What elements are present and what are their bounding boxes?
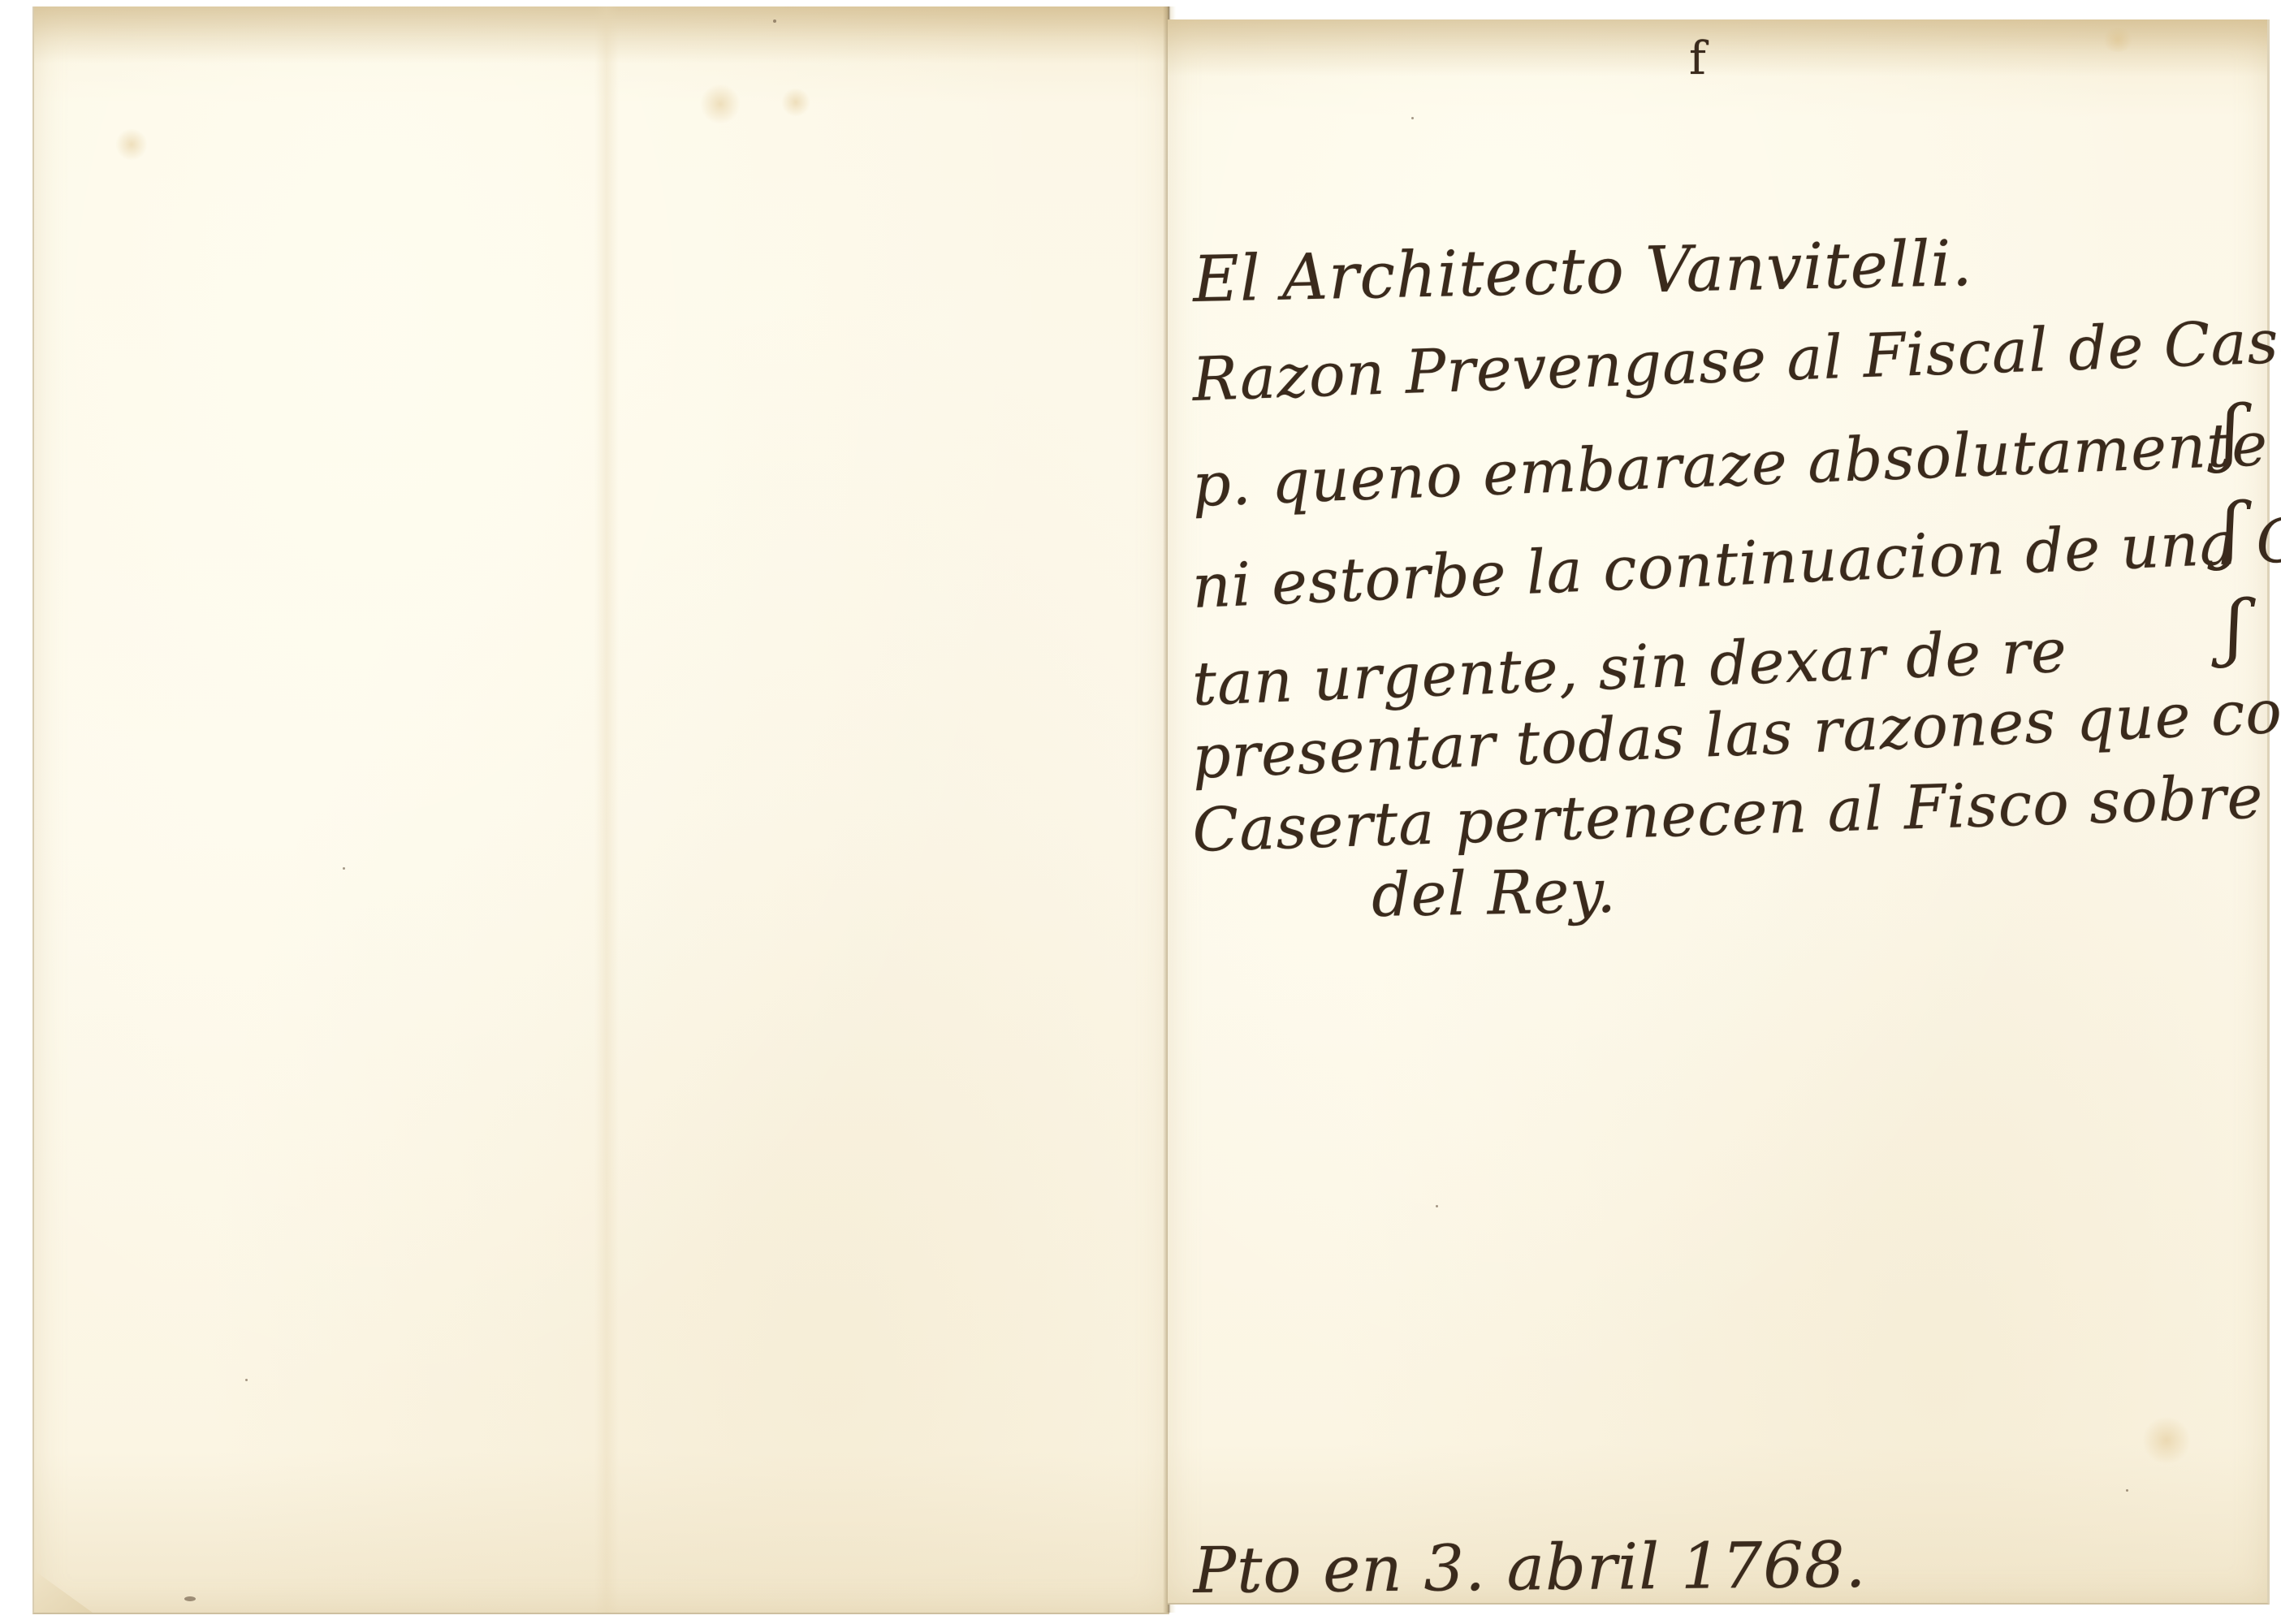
manuscript-line-7: del Rey. xyxy=(1371,857,1617,931)
ink-speck xyxy=(2126,1489,2128,1492)
folded-corner xyxy=(34,1570,93,1613)
folio-number: f xyxy=(1689,32,1707,85)
ink-speck xyxy=(1411,117,1414,119)
left-page xyxy=(32,6,1169,1614)
ink-speck xyxy=(343,867,345,870)
top-edge-stain xyxy=(1168,19,2267,76)
ink-speck xyxy=(773,19,776,23)
ink-speck xyxy=(245,1379,248,1381)
ink-speck xyxy=(184,1596,196,1601)
line-end-flourish: ʃ xyxy=(2225,585,2244,670)
foxing-spot xyxy=(781,88,810,117)
foxing-spot xyxy=(115,128,148,161)
line-end-flourish: ʃ xyxy=(2221,390,2240,475)
line-end-flourish: ʃ xyxy=(2221,487,2240,572)
foxing-spot xyxy=(2102,28,2134,52)
foxing-spot xyxy=(700,84,741,124)
paper-crease xyxy=(594,6,619,1613)
foxing-spot xyxy=(2142,1416,2191,1465)
date-line: Pto en 3. abril 1768. xyxy=(1193,1529,1866,1608)
ink-speck xyxy=(1436,1205,1438,1207)
document-scan: f El Architecto Vanvitelli. Razon Preven… xyxy=(0,0,2281,1624)
